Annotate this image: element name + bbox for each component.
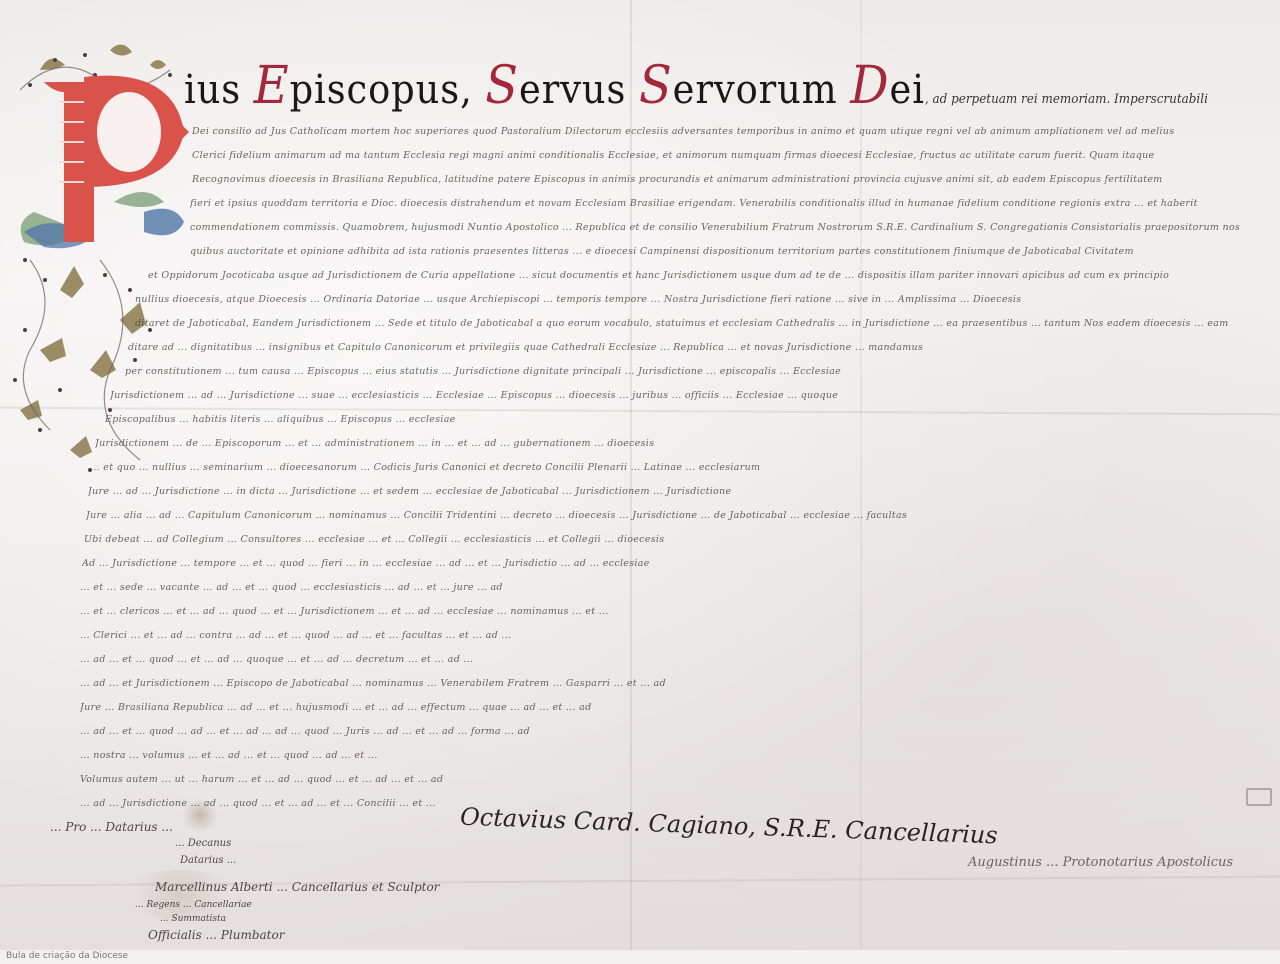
datarius-line: Datarius ... (180, 855, 236, 866)
text-line: quibus auctoritate et opinione adhibita … (190, 246, 1272, 260)
text-line: ... et ... clericos ... et ... ad ... qu… (80, 606, 1272, 620)
datarius-signature: ... Pro ... Datarius ... (50, 820, 173, 834)
text-line: Jurisdictionem ... ad ... Jurisdictione … (110, 390, 1272, 404)
text-line: ... et ... sede ... vacante ... ad ... e… (80, 582, 1272, 596)
parchment-document: ius Episcopus, Servus Servorum Dei, ad p… (0, 0, 1280, 950)
text-line: Jure ... ad ... Jurisdictione ... in dic… (88, 486, 1272, 500)
text-line: ditare ad ... dignitatibus ... insignibu… (128, 342, 1272, 356)
text-line: ditaret de Jaboticabal, Eandem Jurisdict… (135, 318, 1272, 332)
text-line: ... ad ... et ... quod ... et ... ad ...… (80, 654, 1272, 668)
text-line: ... nostra ... volumus ... et ... ad ...… (80, 750, 1272, 764)
text-line: ... ad ... et Jurisdictionem ... Episcop… (80, 678, 1272, 692)
decanus-signature: ... Decanus (175, 838, 231, 849)
heading-tail: , ad perpetuam rei memoriam. Imperscruta… (925, 92, 1208, 107)
text-line: Clerici fidelium animarum ad ma tantum E… (192, 150, 1272, 164)
text-line: ... ad ... et ... quod ... ad ... et ...… (80, 726, 1272, 740)
ink-stain (120, 870, 240, 920)
seal-mark (1246, 788, 1272, 806)
text-line: Jurisdictionem ... de ... Episcoporum ..… (95, 438, 1272, 452)
protonotary-signature: Augustinus ... Protonotarius Apostolicus (968, 855, 1233, 870)
text-line: ... et quo ... nullius ... seminarium ..… (90, 462, 1272, 476)
text-line: nullius dioecesis, atque Dioecesis ... O… (135, 294, 1272, 308)
text-line: Ubi debeat ... ad Collegium ... Consulto… (84, 534, 1272, 548)
image-caption: Bula de criação da Diocese (6, 951, 128, 961)
summatista-signature: ... Summatista (160, 914, 226, 924)
text-line: fieri et ipsius quoddam territoria e Dio… (190, 198, 1272, 212)
text-line: ... Clerici ... et ... ad ... contra ...… (80, 630, 1272, 644)
text-line: et Oppidorum Jocoticaba usque ad Jurisdi… (148, 270, 1272, 284)
text-line: Jure ... alia ... ad ... Capitulum Canon… (86, 510, 1272, 524)
text-line: Episcopalibus ... habitis literis ... al… (105, 414, 1272, 428)
bull-heading: ius Episcopus, Servus Servorum Dei, ad p… (184, 56, 1208, 116)
illuminated-initial-p (14, 62, 192, 252)
heading-word-pius: ius (184, 67, 254, 113)
text-line: per constitutionem ... tum causa ... Epi… (125, 366, 1272, 380)
text-line: Dei consilio ad Jus Catholicam mortem ho… (192, 126, 1272, 140)
text-line: Recognovimus dioecesis in Brasiliana Rep… (192, 174, 1272, 188)
text-line: commendationem commissis. Quamobrem, huj… (190, 222, 1272, 236)
plumbator-signature: Officialis ... Plumbator (148, 928, 284, 942)
text-line: Ad ... Jurisdictione ... tempore ... et … (82, 558, 1272, 572)
cancellarius-sculptor-signature: Marcellinus Alberti ... Cancellarius et … (155, 880, 439, 894)
regens-signature: ... Regens ... Cancellariae (135, 900, 252, 910)
text-line: Jure ... Brasiliana Republica ... ad ...… (80, 702, 1272, 716)
